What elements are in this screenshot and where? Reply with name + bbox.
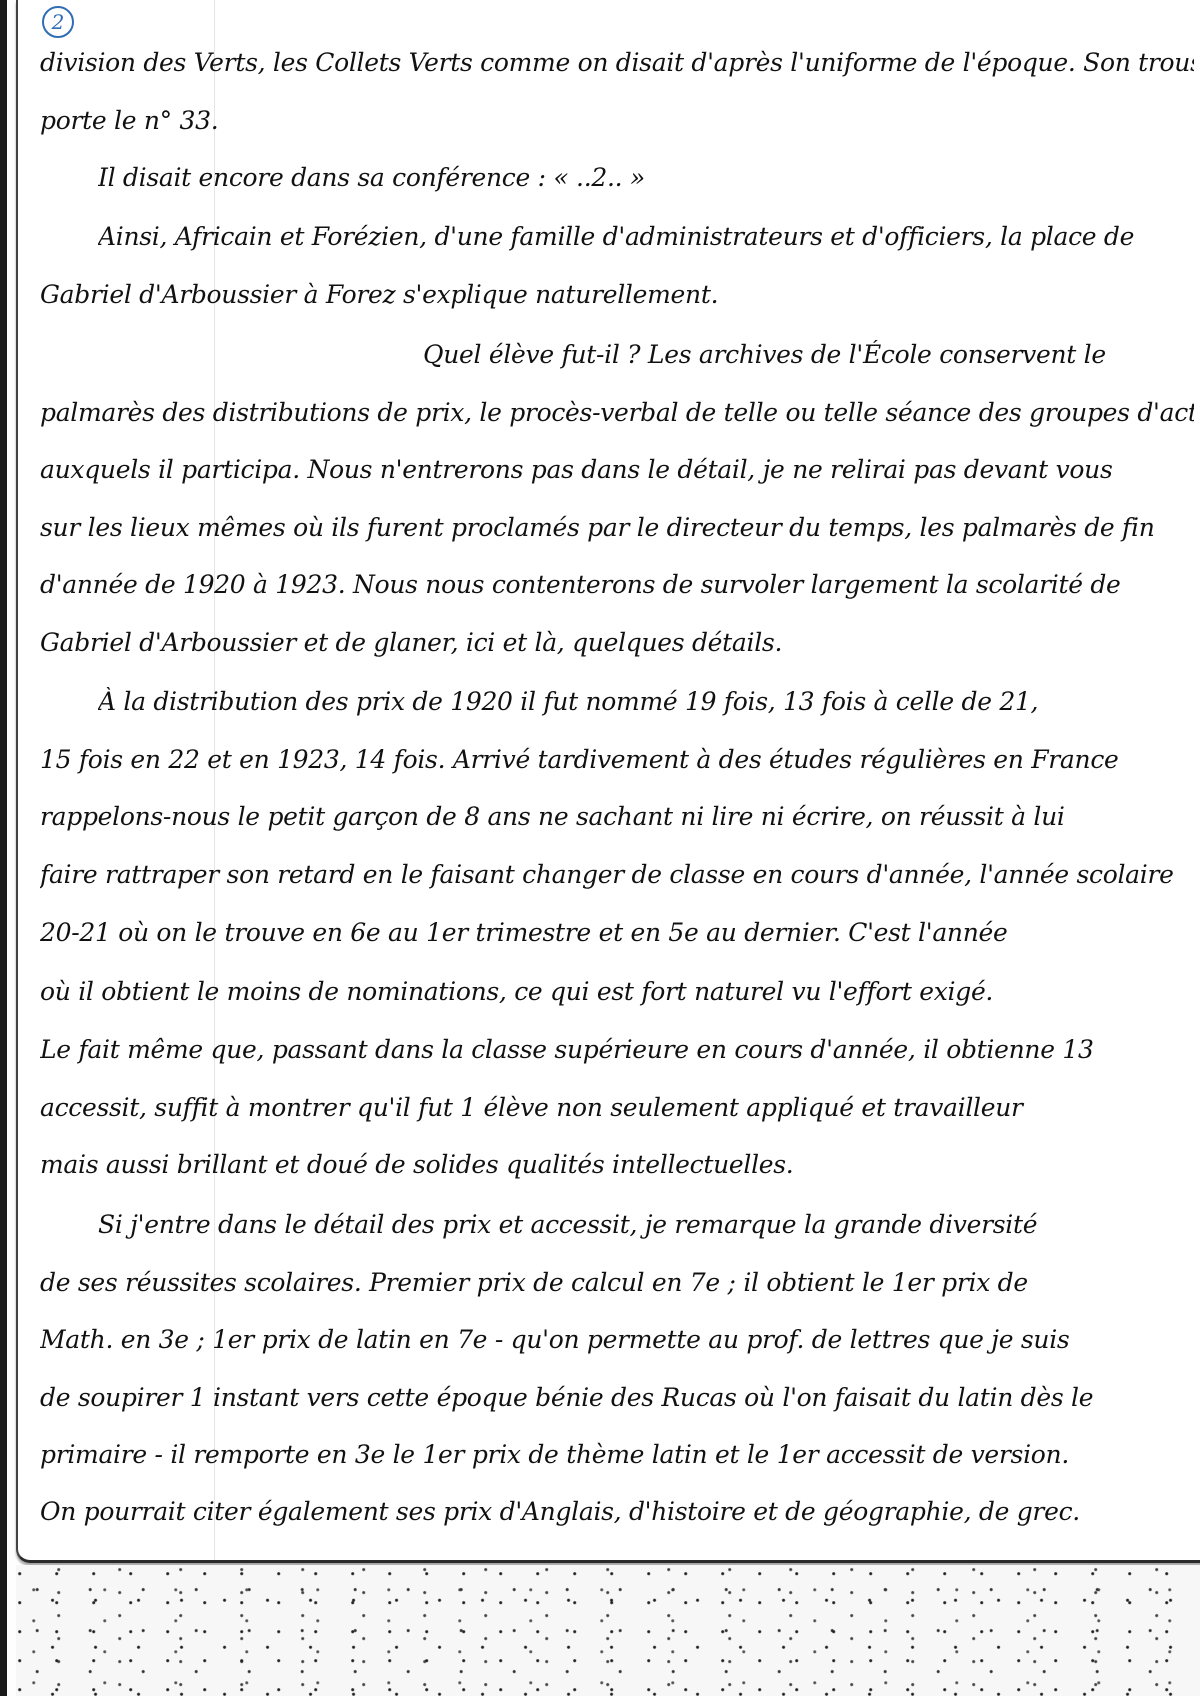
text-line: où il obtient le moins de nominations, c…	[40, 977, 1194, 1006]
text-line: sur les lieux mêmes où ils furent procla…	[40, 513, 1194, 542]
text-line: On pourrait citer également ses prix d'A…	[40, 1497, 1194, 1526]
text-line: de soupirer 1 instant vers cette époque …	[40, 1383, 1194, 1412]
scan-left-border	[0, 0, 7, 1696]
text-line: faire rattraper son retard en le faisant…	[40, 860, 1194, 889]
scan-noise-area	[16, 1565, 1200, 1696]
text-line: À la distribution des prix de 1920 il fu…	[98, 687, 1194, 716]
page-number-circle: 2	[42, 6, 74, 38]
scanned-page: 2 division des Verts, les Collets Verts …	[0, 0, 1200, 1696]
text-line: 15 fois en 22 et en 1923, 14 fois. Arriv…	[40, 745, 1194, 774]
text-line: Si j'entre dans le détail des prix et ac…	[98, 1210, 1194, 1239]
text-line: de ses réussites scolaires. Premier prix…	[40, 1268, 1194, 1297]
text-line: palmarès des distributions de prix, le p…	[40, 398, 1194, 427]
text-line: Math. en 3e ; 1er prix de latin en 7e - …	[40, 1325, 1194, 1354]
text-line: mais aussi brillant et doué de solides q…	[40, 1150, 1194, 1179]
text-line: 20-21 où on le trouve en 6e au 1er trime…	[40, 918, 1194, 947]
text-line: primaire - il remporte en 3e le 1er prix…	[40, 1440, 1194, 1469]
text-line: d'année de 1920 à 1923. Nous nous conten…	[40, 570, 1194, 599]
text-line: accessit, suffit à montrer qu'il fut 1 é…	[40, 1093, 1194, 1122]
text-line: Ainsi, Africain et Forézien, d'une famil…	[98, 222, 1194, 251]
text-line: Gabriel d'Arboussier à Forez s'explique …	[40, 280, 1194, 309]
text-line: Le fait même que, passant dans la classe…	[40, 1035, 1194, 1064]
text-line: division des Verts, les Collets Verts co…	[40, 48, 1194, 77]
text-line: Il disait encore dans sa conférence : « …	[98, 163, 1194, 192]
text-line: auxquels il participa. Nous n'entrerons …	[40, 455, 1194, 484]
handwritten-sheet: 2 division des Verts, les Collets Verts …	[16, 0, 1200, 1563]
text-line: porte le n° 33.	[40, 106, 1194, 135]
text-line: Quel élève fut-il ? Les archives de l'Éc…	[423, 340, 1194, 369]
text-line: Gabriel d'Arboussier et de glaner, ici e…	[40, 628, 1194, 657]
text-line: rappelons-nous le petit garçon de 8 ans …	[40, 802, 1194, 831]
